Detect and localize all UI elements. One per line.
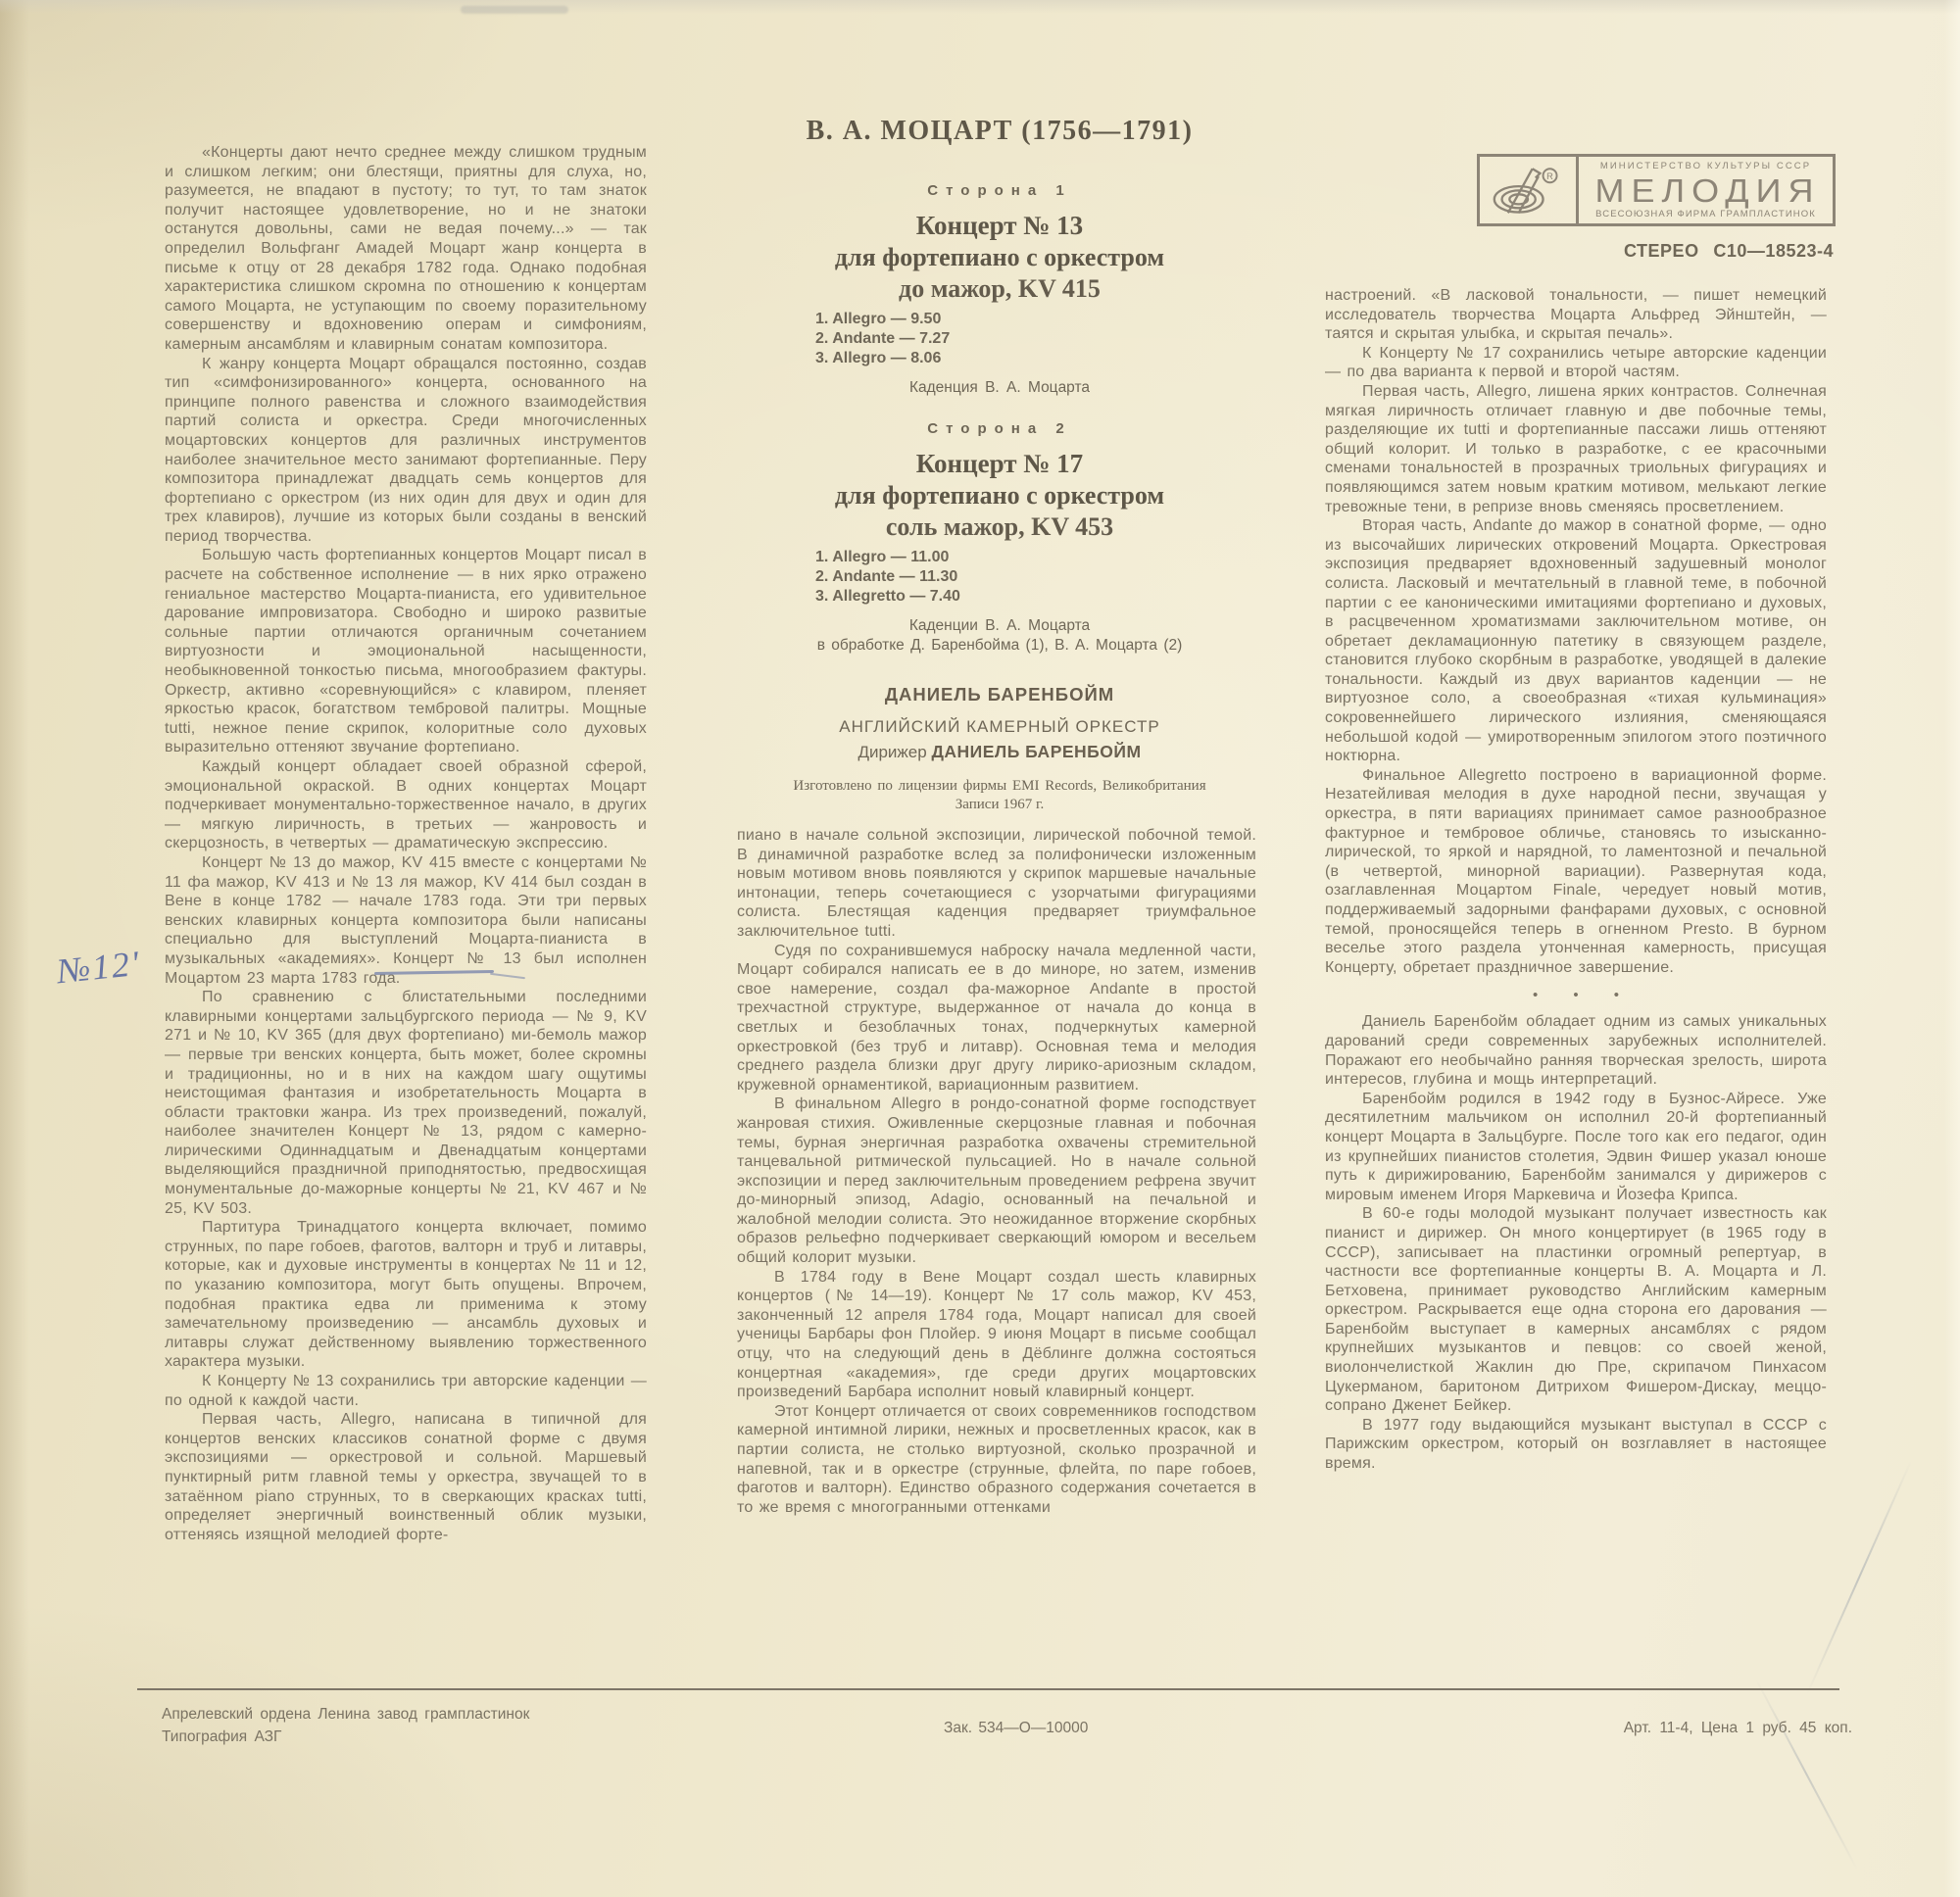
paragraph: 2. Andante — 11.30 <box>815 567 960 587</box>
typography-line: Типография АЗГ <box>162 1726 529 1748</box>
stereo-label: СТЕРЕО <box>1624 241 1699 262</box>
section-separator-dots: • • • <box>1341 987 1827 1003</box>
catalog-number: С10—18523-4 <box>1713 241 1834 262</box>
side2-work-subtitle: для фортепиано с оркестром <box>725 481 1274 511</box>
liner-notes-column-middle: пиано в начале сольной экспозиции, лирич… <box>737 826 1256 1517</box>
paragraph: пиано в начале сольной экспозиции, лирич… <box>737 826 1256 942</box>
footer-printer-info: Апрелевский ордена Ленина завод грамплас… <box>162 1703 529 1748</box>
side2-cadenza-arrangement: в обработке Д. Баренбойма (1), В. А. Моц… <box>725 637 1274 655</box>
side1-label: Сторона 1 <box>725 182 1274 199</box>
license-line: Изготовлено по лицензии фирмы EMI Record… <box>725 778 1274 795</box>
paragraph: Концерт № 13 до мажор, KV 415 вместе с к… <box>165 853 647 988</box>
side2-work-key: соль мажор, KV 453 <box>725 512 1274 542</box>
paragraph: В 1977 году выдающийся музыкант выступал… <box>1325 1416 1827 1474</box>
paragraph: По сравнению с блистательными последними… <box>165 988 647 1218</box>
footer-order-number: Зак. 534—О—10000 <box>944 1720 1088 1737</box>
stereo-catalog-row: СТЕРЕО С10—18523-4 <box>1624 241 1834 262</box>
paragraph: Судя по сохранившемуся наброску начала м… <box>737 942 1256 1095</box>
paragraph: В 1784 году в Вене Моцарт создал шесть к… <box>737 1268 1256 1402</box>
paragraph: Баренбойм родился в 1942 году в Бузнос-А… <box>1325 1090 1827 1205</box>
paragraph: 3. Allegro — 8.06 <box>815 349 950 368</box>
paragraph: К Концерту № 13 сохранились три авторски… <box>165 1372 647 1410</box>
paragraph: К Концерту № 17 сохранились четыре автор… <box>1325 344 1827 382</box>
paragraph: 1. Allegro — 9.50 <box>815 310 950 329</box>
scan-crease <box>1806 1461 1912 1694</box>
scan-edge-shadow <box>0 0 29 1897</box>
paragraph: Большую часть фортепианных концертов Моц… <box>165 546 647 757</box>
conductor-line: Дирижер ДАНИЕЛЬ БАРЕНБОЙМ <box>725 742 1274 762</box>
side1-work-title: Концерт № 13 <box>725 211 1274 241</box>
logo-brand-name: МЕЛОДИЯ <box>1594 174 1820 207</box>
record-sleeve-back: «Концерты дают нечто среднее между слишк… <box>0 0 1960 1897</box>
paragraph: Вторая часть, Andante до мажор в сонатно… <box>1325 516 1827 766</box>
scan-edge-top <box>0 0 1960 14</box>
svg-text:R: R <box>1546 171 1553 181</box>
liner-notes-column-right: настроений. «В ласковой тональности, — п… <box>1325 286 1827 1474</box>
footer-price: Арт. 11-4, Цена 1 руб. 45 коп. <box>1460 1720 1852 1737</box>
melodiya-logo-text: МИНИСТЕРСТВО КУЛЬТУРЫ СССР МЕЛОДИЯ ВСЕСО… <box>1579 157 1833 223</box>
side1-cadenza-credit: Каденция В. А. Моцарта <box>725 379 1274 397</box>
paragraph: К жанру концерта Моцарт обращался постоя… <box>165 355 647 547</box>
paragraph: В 60-е годы молодой музыкант получает из… <box>1325 1204 1827 1416</box>
paragraph: Партитура Тринадцатого концерта включает… <box>165 1218 647 1372</box>
melodiya-mark-icon: R <box>1480 157 1579 223</box>
album-title: В. А. МОЦАРТ (1756—1791) <box>725 116 1274 147</box>
liner-notes-column-left: «Концерты дают нечто среднее между слишк… <box>165 143 647 1544</box>
center-header: В. А. МОЦАРТ (1756—1791) Сторона 1 Конце… <box>725 116 1274 813</box>
scan-edge-right <box>1944 0 1960 1897</box>
paragraph: Этот Концерт отличается от своих совреме… <box>737 1402 1256 1518</box>
paragraph: «Концерты дают нечто среднее между слишк… <box>165 143 647 355</box>
melodiya-logo: R МИНИСТЕРСТВО КУЛЬТУРЫ СССР МЕЛОДИЯ ВСЕ… <box>1477 154 1836 226</box>
paragraph: Первая часть, Allegro, лишена ярких конт… <box>1325 382 1827 516</box>
paragraph: Первая часть, Allegro, написана в типичн… <box>165 1410 647 1544</box>
scan-smudge <box>461 6 568 14</box>
right-column-top: настроений. «В ласковой тональности, — п… <box>1325 286 1827 977</box>
recording-year-line: Записи 1967 г. <box>725 797 1274 813</box>
conductor-name: ДАНИЕЛЬ БАРЕНБОЙМ <box>931 742 1141 761</box>
paragraph: 1. Allegro — 11.00 <box>815 548 960 567</box>
soloist-name: ДАНИЕЛЬ БАРЕНБОЙМ <box>725 684 1274 705</box>
paragraph: 2. Andante — 7.27 <box>815 329 950 349</box>
handwritten-number: №12' <box>55 943 143 993</box>
orchestra-name: АНГЛИЙСКИЙ КАМЕРНЫЙ ОРКЕСТР <box>725 717 1274 737</box>
printer-line: Апрелевский ордена Ленина завод грамплас… <box>162 1703 529 1726</box>
paragraph: Финальное Allegretto построено в вариаци… <box>1325 766 1827 978</box>
side1-track-list: 1. Allegro — 9.502. Andante — 7.273. All… <box>815 310 950 368</box>
scan-crease <box>1754 1678 1857 1869</box>
side2-cadenza-credit: Каденции В. А. Моцарта <box>725 617 1274 635</box>
conductor-prefix: Дирижер <box>857 743 931 761</box>
paragraph: Даниель Баренбойм обладает одним из самы… <box>1325 1012 1827 1089</box>
side1-work-subtitle: для фортепиано с оркестром <box>725 243 1274 272</box>
side2-label: Сторона 2 <box>725 420 1274 437</box>
paragraph: В финальном Allegro в рондо-сонатной фор… <box>737 1094 1256 1267</box>
side2-work-title: Концерт № 17 <box>725 449 1274 479</box>
right-column-biography: Даниель Баренбойм обладает одним из самы… <box>1325 1012 1827 1473</box>
side2-track-list: 1. Allegro — 11.002. Andante — 11.303. A… <box>815 548 960 607</box>
paragraph: 3. Allegretto — 7.40 <box>815 587 960 607</box>
paragraph: Каждый концерт обладает своей образной с… <box>165 757 647 853</box>
paragraph: настроений. «В ласковой тональности, — п… <box>1325 286 1827 344</box>
logo-firm-line: ВСЕСОЮЗНАЯ ФИРМА ГРАМПЛАСТИНОК <box>1595 210 1816 219</box>
side1-work-key: до мажор, KV 415 <box>725 274 1274 304</box>
logo-ministry-line: МИНИСТЕРСТВО КУЛЬТУРЫ СССР <box>1600 162 1811 171</box>
footer-divider-rule <box>137 1688 1839 1690</box>
